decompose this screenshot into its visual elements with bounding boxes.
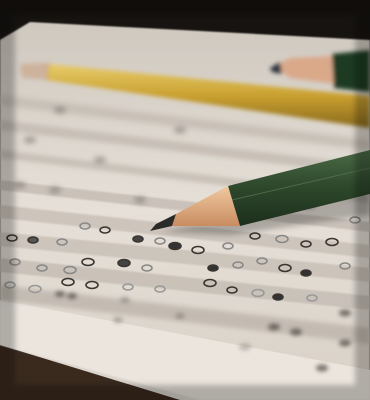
- answer-sheet-photo: [0, 0, 370, 400]
- photo-scene: [0, 0, 370, 400]
